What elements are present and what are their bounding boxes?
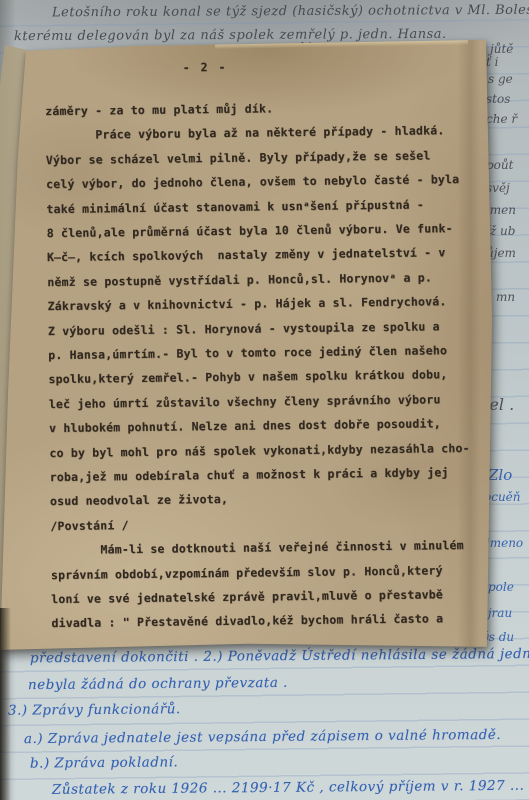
typed-line: Zákravský a v knihovnictví - p. Hájek a …: [48, 294, 447, 313]
typed-page-lines: - 2 - záměry - za to mu platí můj dík. P…: [0, 33, 497, 654]
typed-line: Práce výboru byla až na některé případy …: [45, 124, 444, 143]
typed-line: Z výboru odešli : Sl. Horynová - vystoup…: [48, 319, 440, 338]
typed-line: loní ve své jednatelské zprávě pravil,ml…: [51, 587, 443, 606]
typed-line: správním období,vzpomínám především slov…: [51, 563, 443, 582]
typed-line: roba,jež mu odebírala chuť a možnost k p…: [50, 465, 449, 484]
photo-scene: Letošního roku konal se týž sjezd (hasič…: [0, 0, 529, 800]
typed-line: co by byl mohl pro náš spolek vykonati,k…: [49, 441, 469, 460]
photo-edge-shadow: [0, 608, 11, 800]
typed-line: celý výbor, do jednoho člena, ovšem to n…: [46, 172, 459, 191]
typed-page-wrap: - 2 - záměry - za to mu platí můj dík. P…: [0, 0, 529, 800]
typed-line: /Povstání /: [50, 518, 129, 533]
typed-line: spolku,který zemřel.- Pohyb v našem spol…: [48, 368, 447, 387]
typed-line: p. Hansa,úmrtím.- Byl to v tomto roce je…: [48, 343, 447, 362]
typed-line: osud neodvolal ze života,: [50, 492, 228, 508]
typed-line: divadla : " Přestavěné divadlo,kéž bycho…: [51, 612, 443, 631]
typed-line: leč jeho úmrtí zůstavilo všechny členy s…: [49, 392, 441, 411]
typed-line: Mám-li se dotknouti naší veřejné činnost…: [51, 538, 464, 557]
typed-line: také minimální účast stanovami k usnᵃšen…: [46, 197, 424, 216]
typed-line: záměry - za to mu platí můj dík.: [45, 101, 273, 118]
typed-line: Výbor se scházel velmi pilně. Byly přípa…: [46, 148, 431, 167]
typed-line: němž se postupně vystřídali p. Honců,sl.…: [47, 270, 432, 289]
typed-line: K̶č̶, kcích spolkových nastaly změny v j…: [47, 246, 446, 265]
typed-line: 8 členů,ale průměrná účast byla 10 členů…: [47, 221, 453, 240]
page-number: - 2 -: [183, 60, 228, 75]
typed-page: - 2 - záměry - za to mu platí můj dík. P…: [0, 38, 493, 653]
typed-line: v hlubokém pohnutí. Nelze ani dnes dost …: [49, 417, 441, 436]
